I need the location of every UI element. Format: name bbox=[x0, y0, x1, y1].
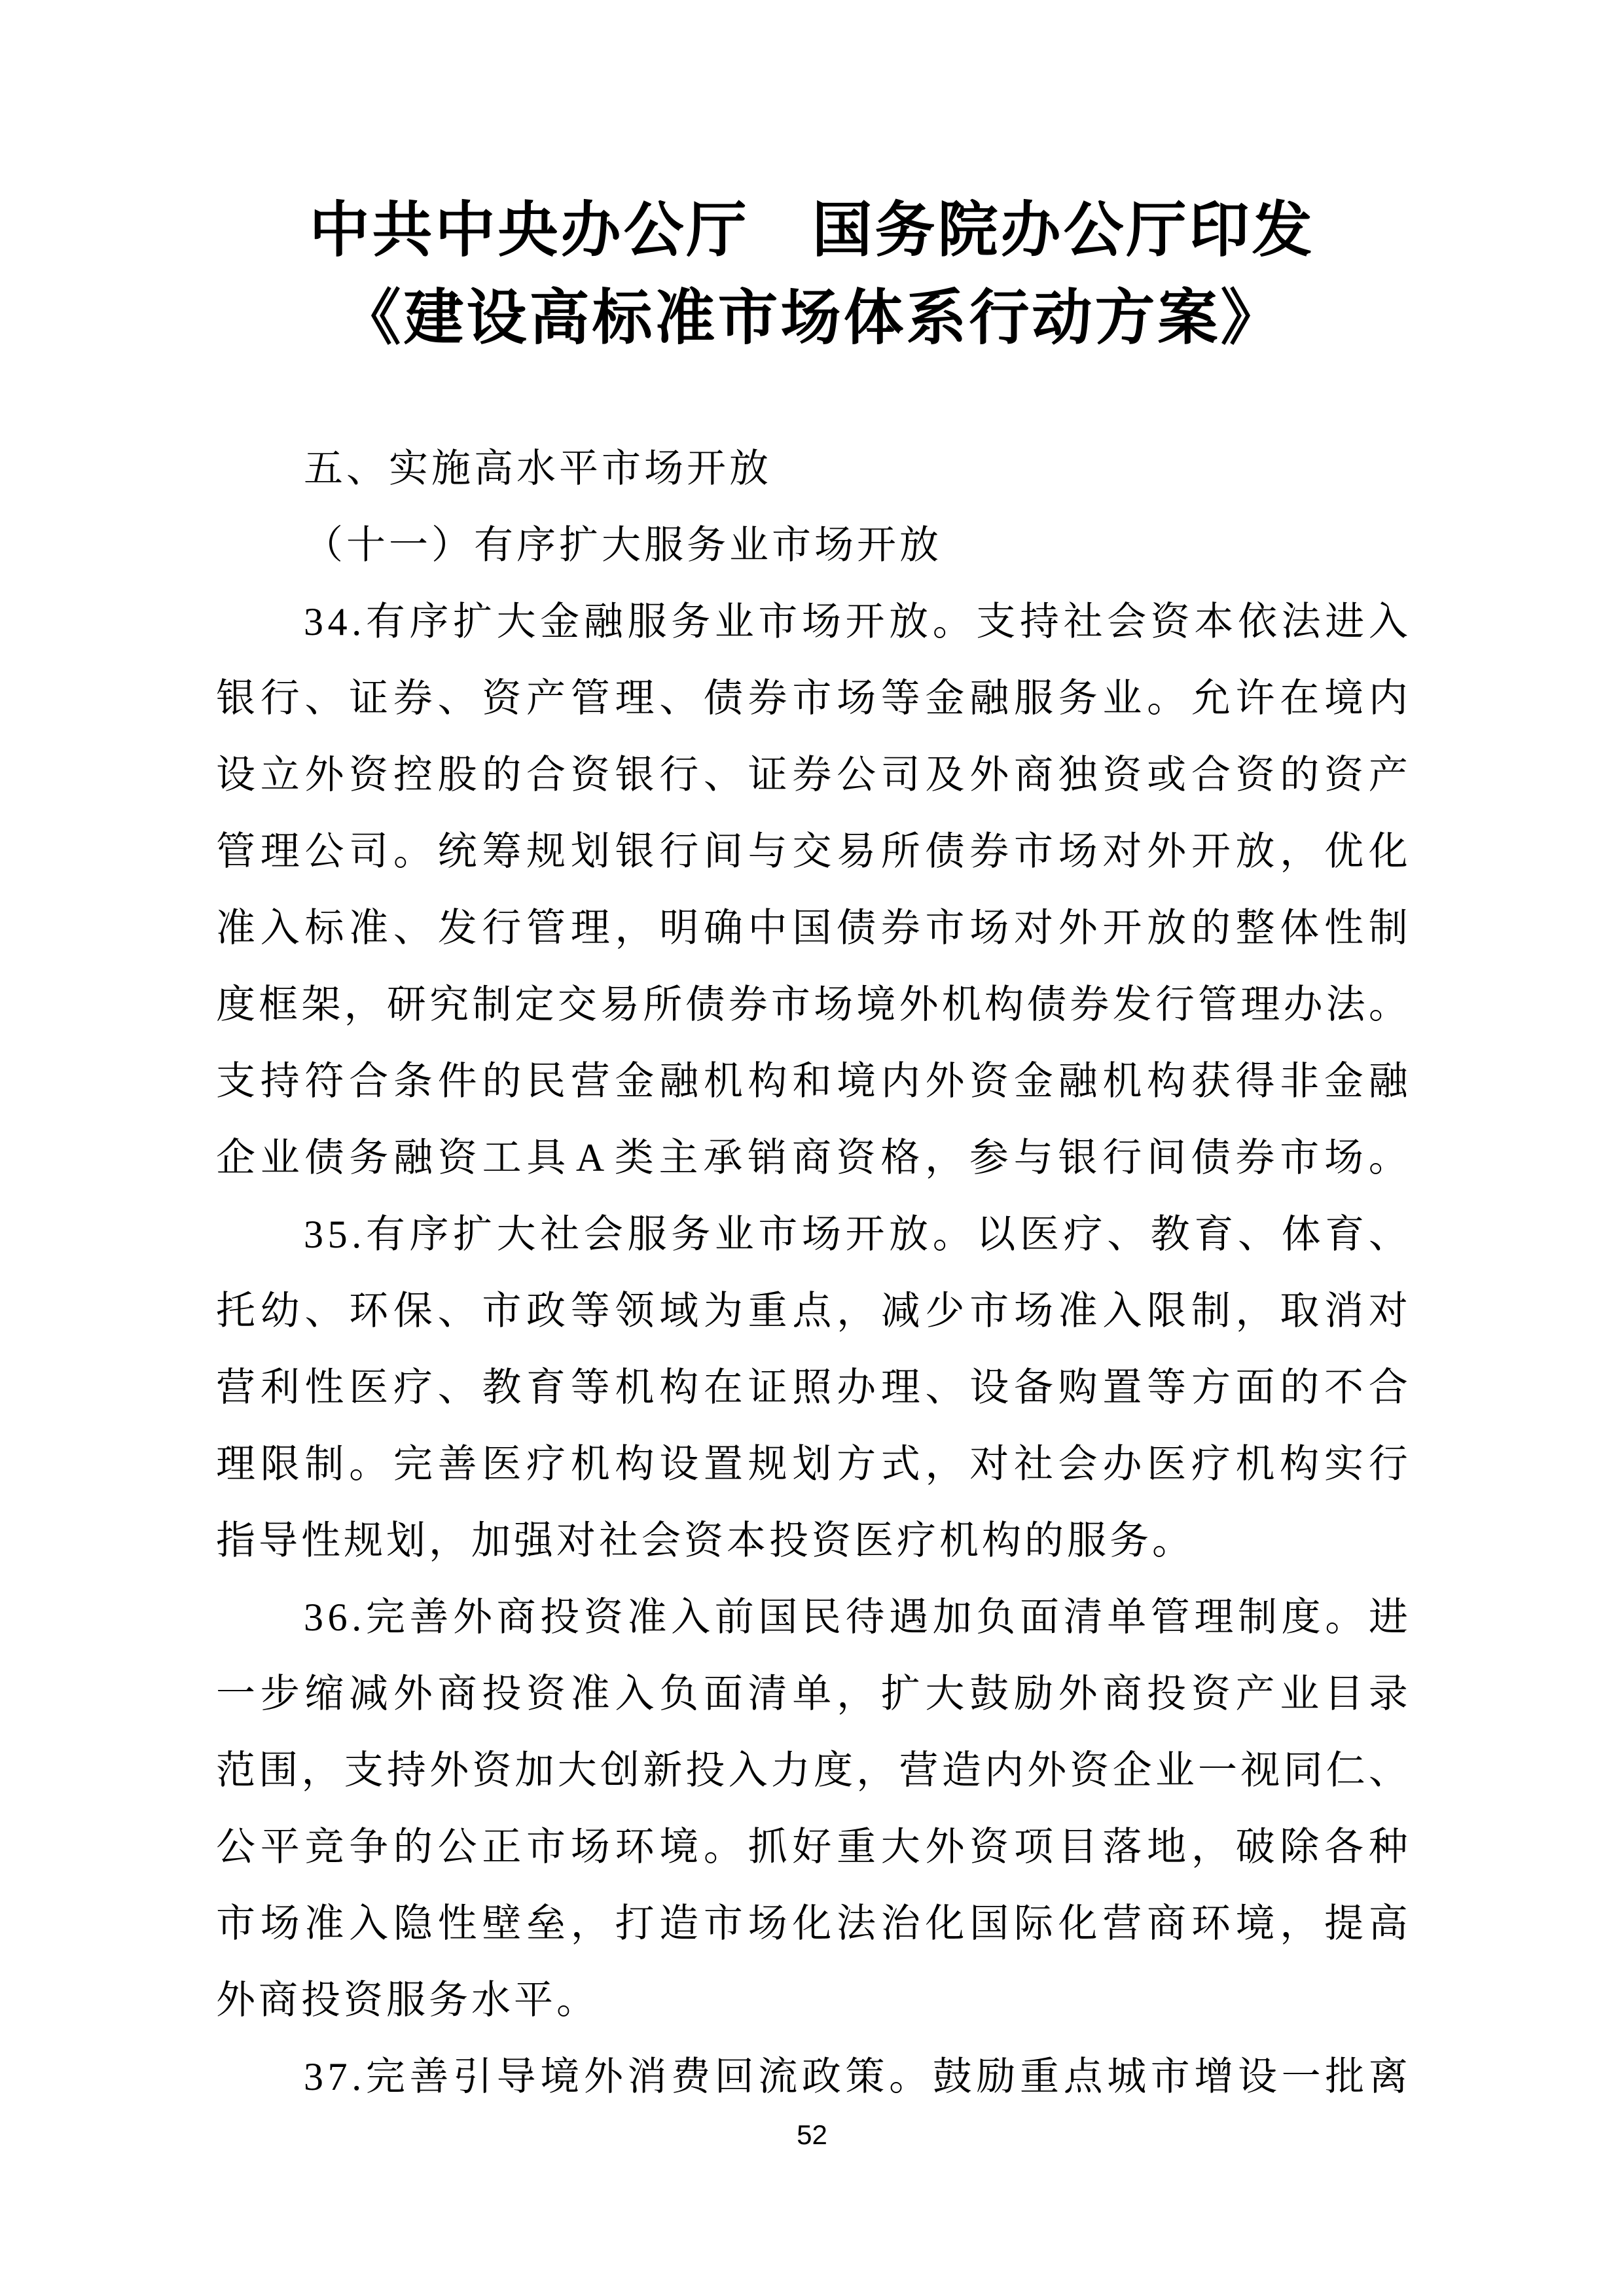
body-line-section-heading: 五、实施高水平市场开放 bbox=[216, 431, 1408, 507]
document-title-line-2: 《建设高标准市场体系行动方案》 bbox=[0, 288, 1624, 348]
body-line: 企业债务融资工具 A 类主承销商资格，参与银行间债券市场。 bbox=[216, 1120, 1408, 1196]
document-title-line-1: 中共中央办公厅 国务院办公厅印发 bbox=[0, 200, 1624, 260]
body-line: 指导性规划，加强对社会资本投资医疗机构的服务。 bbox=[216, 1503, 1408, 1579]
body-line: 34.有序扩大金融服务业市场开放。支持社会资本依法进入 bbox=[216, 584, 1408, 660]
body-line: 37.完善引导境外消费回流政策。鼓励重点城市增设一批离 bbox=[216, 2039, 1408, 2115]
body-line: 度框架，研究制定交易所债券市场境外机构债券发行管理办法。 bbox=[216, 967, 1408, 1043]
body-line: 理限制。完善医疗机构设置规划方式，对社会办医疗机构实行 bbox=[216, 1426, 1408, 1503]
body-line: 营利性医疗、教育等机构在证照办理、设备购置等方面的不合 bbox=[216, 1350, 1408, 1426]
body-line: 范围，支持外资加大创新投入力度，营造内外资企业一视同仁、 bbox=[216, 1732, 1408, 1809]
document-page: 中共中央办公厅 国务院办公厅印发 《建设高标准市场体系行动方案》 五、实施高水平… bbox=[0, 0, 1624, 2296]
body-line: 公平竞争的公正市场环境。抓好重大外资项目落地，破除各种 bbox=[216, 1809, 1408, 1886]
body-line: 外商投资服务水平。 bbox=[216, 1962, 1408, 2039]
body-line: 35.有序扩大社会服务业市场开放。以医疗、教育、体育、 bbox=[216, 1196, 1408, 1273]
body-line: 银行、证券、资产管理、债券市场等金融服务业。允许在境内 bbox=[216, 660, 1408, 737]
body-text: 五、实施高水平市场开放 （十一）有序扩大服务业市场开放 34.有序扩大金融服务业… bbox=[216, 431, 1408, 2115]
body-line: 36.完善外商投资准入前国民待遇加负面清单管理制度。进 bbox=[216, 1579, 1408, 1656]
page-number: 52 bbox=[0, 2119, 1624, 2151]
body-line: 支持符合条件的民营金融机构和境内外资金融机构获得非金融 bbox=[216, 1043, 1408, 1120]
body-line: 管理公司。统筹规划银行间与交易所债券市场对外开放，优化 bbox=[216, 814, 1408, 890]
body-line-subsection-heading: （十一）有序扩大服务业市场开放 bbox=[216, 507, 1408, 584]
body-line: 设立外资控股的合资银行、证券公司及外商独资或合资的资产 bbox=[216, 737, 1408, 814]
body-line: 一步缩减外商投资准入负面清单，扩大鼓励外商投资产业目录 bbox=[216, 1656, 1408, 1732]
body-line: 市场准入隐性壁垒，打造市场化法治化国际化营商环境，提高 bbox=[216, 1886, 1408, 1962]
body-line: 托幼、环保、市政等领域为重点，减少市场准入限制，取消对 bbox=[216, 1273, 1408, 1350]
body-line: 准入标准、发行管理，明确中国债券市场对外开放的整体性制 bbox=[216, 890, 1408, 967]
